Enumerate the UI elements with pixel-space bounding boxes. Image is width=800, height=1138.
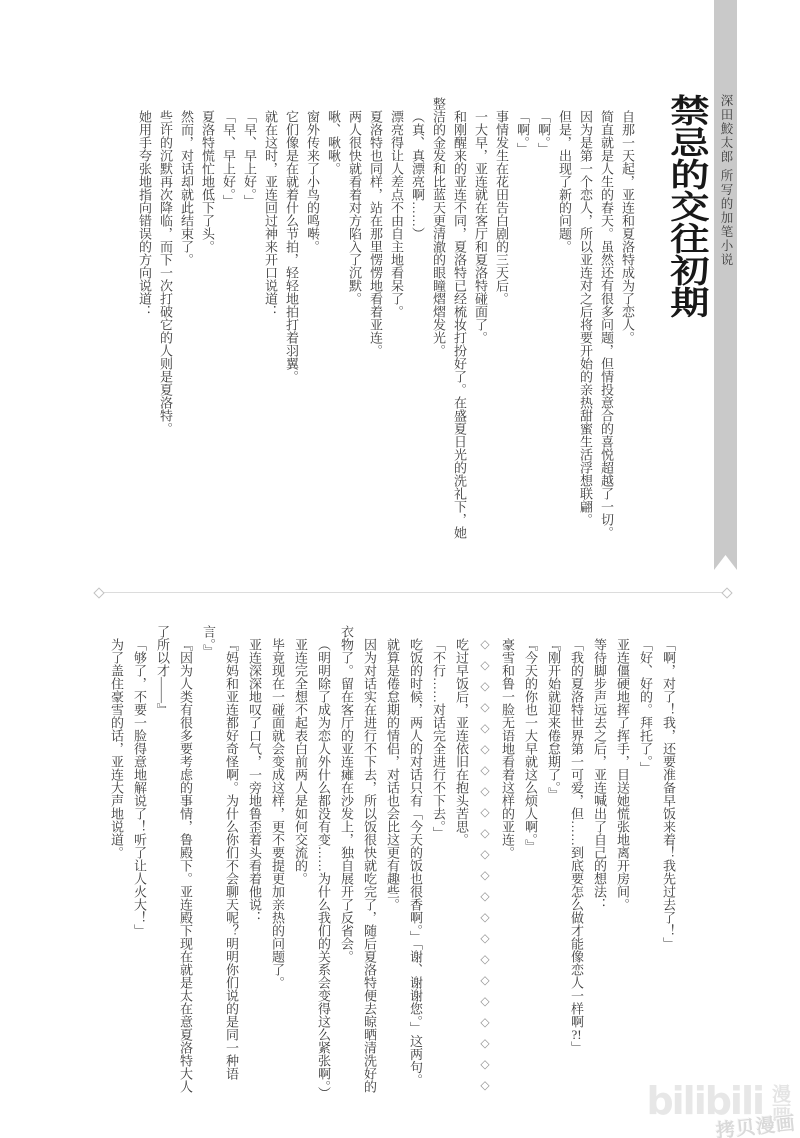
paragraph: 「啊。」: [512, 97, 533, 543]
paragraph: 「早、早上好。」: [239, 97, 260, 543]
paragraph: 些许的沉默再次降临，而下一次打破它的人则是夏洛特。: [155, 97, 176, 543]
paragraph: 因为对话实在进行不下去，所以饭很快就吃完了，随后夏洛特便去晾晒清洗好的衣物了。留…: [335, 625, 381, 1100]
paragraph: 简直就是人生的春天。虽然还有很多问题，但情投意合的喜悦超越了一切。: [596, 97, 617, 543]
paragraph: 「我的夏洛特世界第一可爱，但……到底要怎么做才能像恋人一样啊?!」: [565, 625, 588, 1100]
paragraph: 吃过早饭后，亚连依旧在抱头苦思。: [450, 625, 473, 1100]
paragraph: 毕竟现在一碰面就会变成这样，更不要提更加亲热的问题了。: [266, 625, 289, 1100]
paragraph: 一大早，亚连就在客厅和夏洛特碰面了。: [470, 97, 491, 543]
paragraph: 『刚开始就迎来倦怠期了。』: [542, 625, 565, 1100]
paragraph: 「啊。」: [533, 97, 554, 543]
paragraph: 她用手夸张地指向错误的方向说道：: [134, 97, 155, 543]
paragraph: 夏洛特慌忙地低下了头。: [197, 97, 218, 543]
paragraph: 『今天的你也一大早就这么烦人啊。』: [519, 625, 542, 1100]
paragraph: 它们像是在就着什么节拍，轻轻地拍打着羽翼。: [281, 97, 302, 543]
paragraph: 自那一天起，亚连和夏洛特成为了恋人。: [617, 97, 638, 543]
paragraph: 就在这时，亚连回过神来开口说道：: [260, 97, 281, 543]
paragraph: 亚连僵硬地挥了挥手，目送她慌张地离开房间。: [611, 625, 634, 1100]
divider-diamond-left-icon: [93, 587, 104, 598]
paragraph: 吃饭的时候，两人的对话只有「今天的饭也很香啊。」「谢、谢谢您。」这两句。: [404, 625, 427, 1100]
paragraph: 「早、早上好。」: [218, 97, 239, 543]
paragraph: 亚连完全想不起表白前两人是如何交流的。: [289, 625, 312, 1100]
paragraph: 但是，出现了新的问题。: [554, 97, 575, 543]
section-divider: [98, 592, 728, 593]
paragraph: 和刚醒来的亚连不同，夏洛特已经梳妆打扮好了。在盛夏日光的洗礼下，她整洁的金发和比…: [428, 97, 470, 543]
diamond-separator: ◇◇◇◇◇◇◇◇◇◇◇◇◇◇◇◇◇◇◇◇◇◇: [473, 625, 496, 1100]
paragraph: 啾、啾啾。: [323, 97, 344, 543]
paragraph: 『因为人类有很多要考虑的事情，鲁殿下。亚连殿下现在就是太在意夏洛特大人了所以才—…: [151, 625, 197, 1100]
paragraph: 豪雪和鲁一脸无语地看着这样的亚连。: [496, 625, 519, 1100]
paragraph: 因为是第一个恋人，所以亚连对之后将要开始的亲热甜蜜生活浮想联翩。: [575, 97, 596, 543]
paragraph: 『妈妈和亚连都好奇怪啊。为什么你们不会聊天呢？明明你们说的是同一种语言。』: [197, 625, 243, 1100]
watermark: bilibili 漫画 拷贝漫画: [570, 1048, 800, 1138]
paragraph: 夏洛特也同样，站在那里愣愣地看着亚连。: [365, 97, 386, 543]
ribbon-label: 深田鮫太郎 所写的加笔小说: [714, 94, 737, 570]
tate-chu-yoko: ?!: [569, 1028, 584, 1041]
paragraph: 事情发生在花田告白剧的三天后。: [491, 97, 512, 543]
top-text-block: 自那一天起，亚连和夏洛特成为了恋人。简直就是人生的春天。虽然还有很多问题，但情投…: [134, 97, 638, 543]
bookmark-ribbon: 深田鮫太郎 所写的加笔小说: [714, 0, 737, 570]
divider-diamond-right-icon: [721, 587, 732, 598]
page-title: 禁忌的交往初期: [665, 94, 708, 318]
paragraph: 等待脚步声远去之后，亚连喊出了自己的想法：: [588, 625, 611, 1100]
page: 深田鮫太郎 所写的加笔小说 禁忌的交往初期 自那一天起，亚连和夏洛特成为了恋人。…: [0, 0, 800, 1138]
paragraph: 「好、好的。拜托了。」: [634, 625, 657, 1100]
paragraph: 「啊，对了！我，还要准备早饭来着！我先过去了！」: [657, 625, 680, 1100]
paragraph: 亚连深深地叹了口气，一旁地鲁歪着头看着他说：: [243, 625, 266, 1100]
paragraph: 就算是倦怠期的情侣，对话也会比这更有趣些。: [381, 625, 404, 1100]
paragraph: 漂亮得让人差点不由自主地看呆了。: [386, 97, 407, 543]
paragraph: 然而，对话却就此结束了。: [176, 97, 197, 543]
bottom-text-block: 「啊，对了！我，还要准备早饭来着！我先过去了！」「好、好的。拜托了。」亚连僵硬地…: [105, 625, 680, 1100]
paragraph: 为了盖住豪雪的话，亚连大声地说道。: [105, 625, 128, 1100]
paragraph: （明明除了成为恋人外什么都没有变……为什么我们的关系会变得这么紧张啊。）: [312, 625, 335, 1100]
paragraph: 两人很快就看着对方陷入了沉默。: [344, 97, 365, 543]
paragraph: 「不行……对话完全进行不下去。」: [427, 625, 450, 1100]
paragraph: （真、真漂亮啊……）: [407, 97, 428, 543]
paragraph: 「够了，不要一脸得意地解说了！听了让人火大！」: [128, 625, 151, 1100]
paragraph: 窗外传来了小鸟的鸣啭。: [302, 97, 323, 543]
